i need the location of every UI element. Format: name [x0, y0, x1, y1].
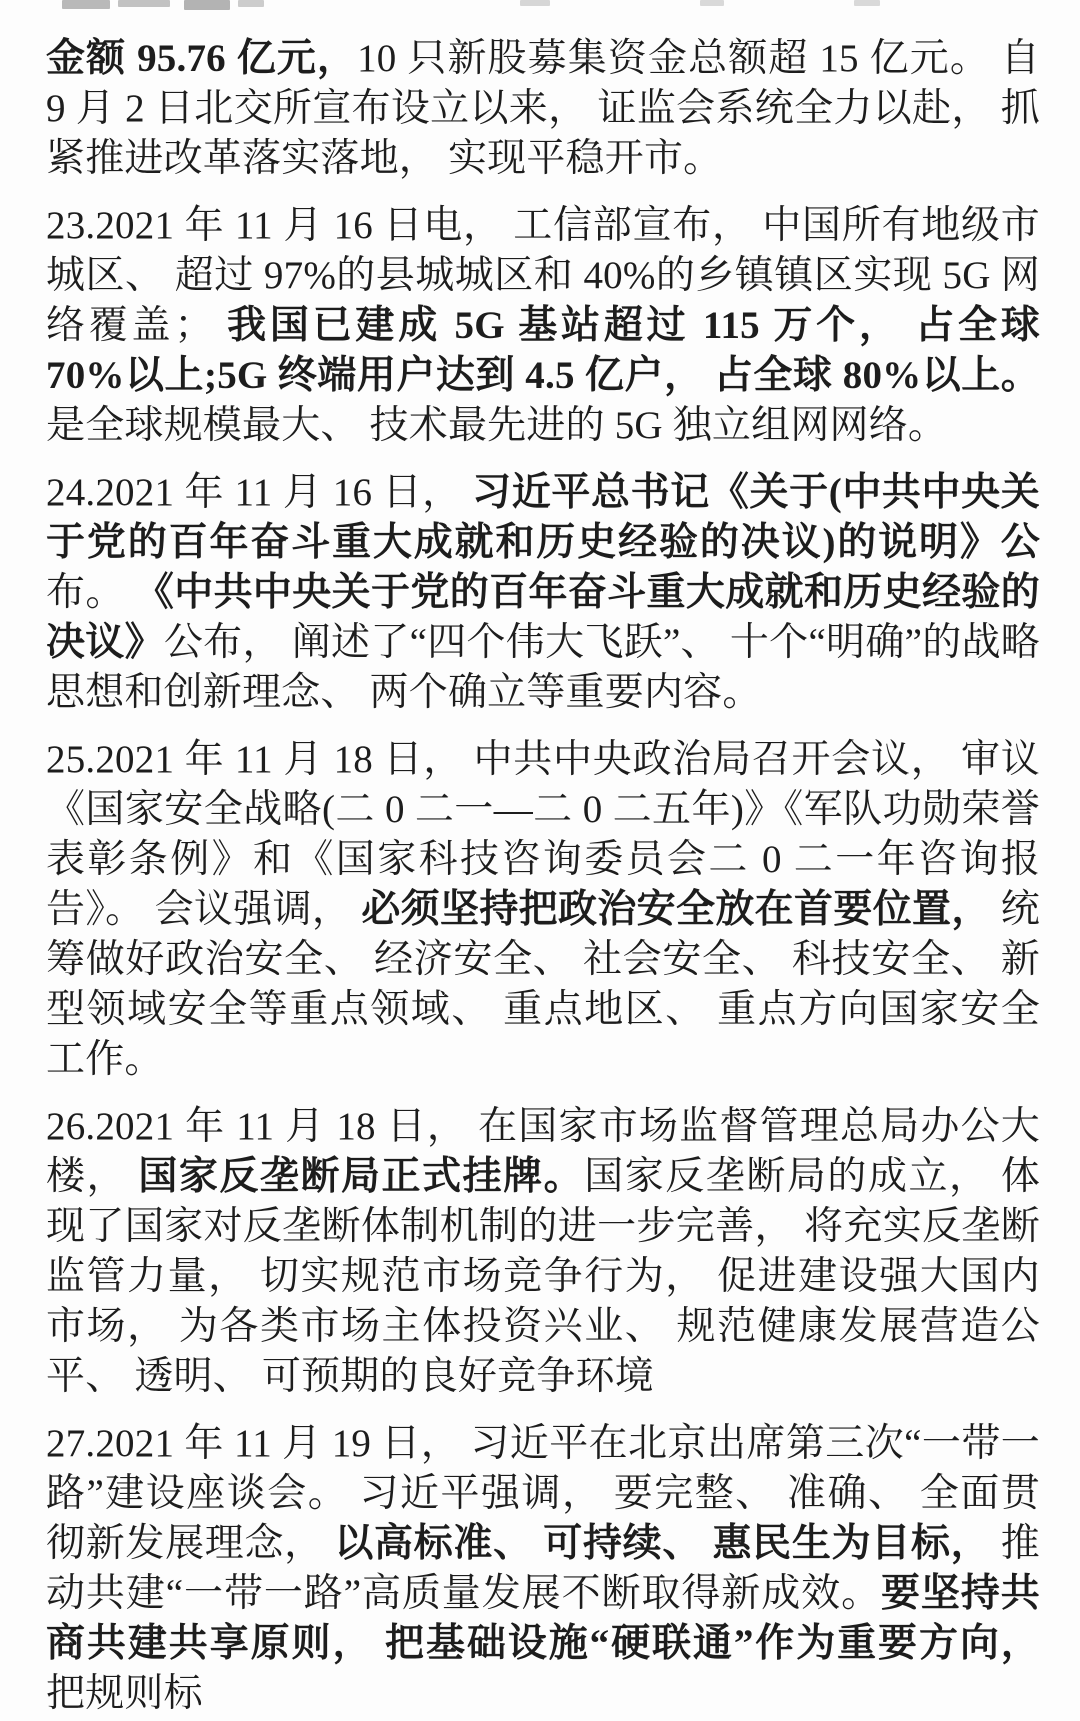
paragraph-item-22-continuation: 金额 95.76 亿元，10 只新股募集资金总额超 15 亿元。 自 9 月 2…	[46, 34, 1040, 184]
paragraph-item-24: 24.2021 年 11 月 16 日， 习近平总书记《关于(中共中央关于党的百…	[46, 468, 1040, 718]
text-segment: 把规则标	[46, 1672, 203, 1715]
clipped-text-fragment	[62, 0, 110, 9]
clipped-text-fragment	[184, 0, 230, 10]
text-segment: 必须坚持把政治安全放在首要位置，	[361, 888, 1000, 931]
text-segment: 24.2021 年 11 月 16 日，	[46, 471, 472, 514]
document-page: 金额 95.76 亿元，10 只新股募集资金总额超 15 亿元。 自 9 月 2…	[0, 0, 1080, 1721]
clipped-text-fragment	[118, 0, 170, 7]
clipped-text-fragment	[700, 0, 724, 6]
paragraph-item-27: 27.2021 年 11 月 19 日， 习近平在北京出席第三次“一带一路”建设…	[46, 1419, 1040, 1719]
paragraph-item-25: 25.2021 年 11 月 18 日， 中共中央政治局召开会议， 审议《国家安…	[46, 735, 1040, 1085]
text-segment: 布。	[46, 571, 135, 614]
text-segment: 以高标准、 可持续、 惠民生为目标，	[334, 1522, 1000, 1565]
clipped-text-fragment	[520, 0, 550, 6]
document-body: 金额 95.76 亿元，10 只新股募集资金总额超 15 亿元。 自 9 月 2…	[46, 34, 1040, 1719]
clipped-text-fragment	[854, 0, 880, 6]
paragraph-item-26: 26.2021 年 11 月 18 日， 在国家市场监督管理总局办公大楼， 国家…	[46, 1102, 1040, 1402]
text-segment: 金额 95.76 亿元，	[46, 37, 357, 80]
paragraph-item-23: 23.2021 年 11 月 16 日电， 工信部宣布， 中国所有地级市城区、 …	[46, 201, 1040, 451]
clipped-text-fragment	[238, 0, 264, 7]
text-segment: 是全球规模最大、 技术最先进的 5G 独立组网网络。	[46, 404, 947, 447]
text-segment: 国家反垄断局正式挂牌。	[138, 1155, 584, 1198]
text-segment: 公布， 阐述了“四个伟大飞跃”、 十个“明确”的战略思想和创新理念、 两个确立等…	[46, 621, 1040, 714]
clipped-previous-line	[0, 0, 1080, 14]
